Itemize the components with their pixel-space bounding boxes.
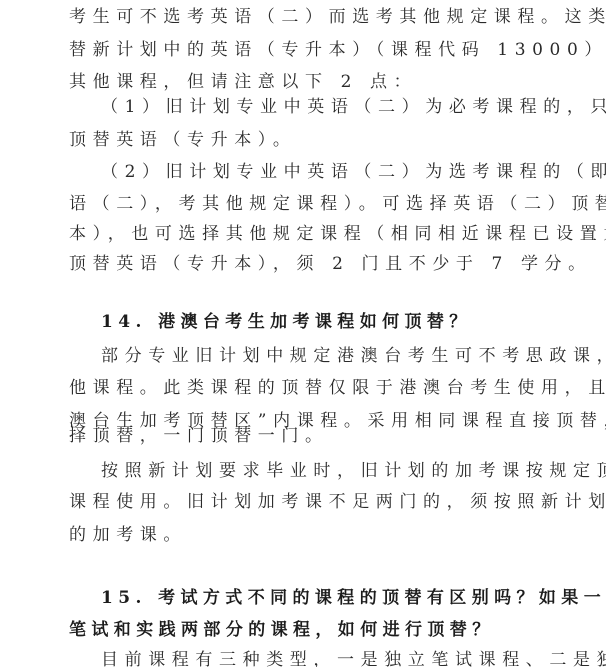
- paragraph-line: 考生可不选考英语（二）而选考其他规定课程。这类课程既可以顶: [69, 5, 550, 29]
- paragraph-line: 其他课程，但请注意以下 2 点：: [69, 70, 550, 94]
- paragraph-line: 按照新计划要求毕业时，旧计划的加考课按规定顶替为新计划: [101, 459, 550, 483]
- paragraph-line: 部分专业旧计划中规定港澳台考生可不考思政课，但须加考其: [101, 344, 550, 368]
- paragraph-line: 择顶替，一门顶替一门。: [69, 424, 550, 448]
- paragraph-line: 他课程。此类课程的顶替仅限于港澳台考生使用，且只能顶替“港: [69, 376, 550, 400]
- paragraph-line: 的加考课。: [69, 523, 550, 547]
- list-point-1-line: （1）旧计划专业中英语（二）为必考课程的，只能使用英语（二）: [101, 95, 550, 119]
- list-point-2-line: （2）旧计划专业中英语（二）为选考课程的（即考生可不考英: [101, 160, 550, 184]
- list-point-2-line: 本），也可选择其他规定课程（相同相近课程已设置为“对应顶替”）: [69, 222, 550, 246]
- paragraph-line: 替新计划中的英语（专升本）（课程代码 13000）课程，也可以顶替: [69, 38, 550, 62]
- paragraph-line: 目前课程有三种类型，一是独立笔试课程、二是独立实践考核: [101, 648, 550, 667]
- list-point-2-line: 顶替英语（专升本），须 2 门且不少于 7 学分。: [69, 252, 550, 276]
- paragraph-line: 课程使用。旧计划加考课不足两门的，须按照新计划要求报考相应: [69, 490, 550, 514]
- list-point-1-line: 顶替英语（专升本）。: [69, 128, 550, 152]
- section-heading-14: 14. 港澳台考生加考课程如何顶替？: [101, 310, 550, 334]
- section-heading-15: 15. 考试方式不同的课程的顶替有区别吗？如果一门课程包含: [101, 586, 550, 610]
- list-point-2-line: 语（二），考其他规定课程）。可选择英语（二）顶替英语（专升: [69, 192, 550, 216]
- section-heading-15: 笔试和实践两部分的课程，如何进行顶替？: [69, 618, 550, 642]
